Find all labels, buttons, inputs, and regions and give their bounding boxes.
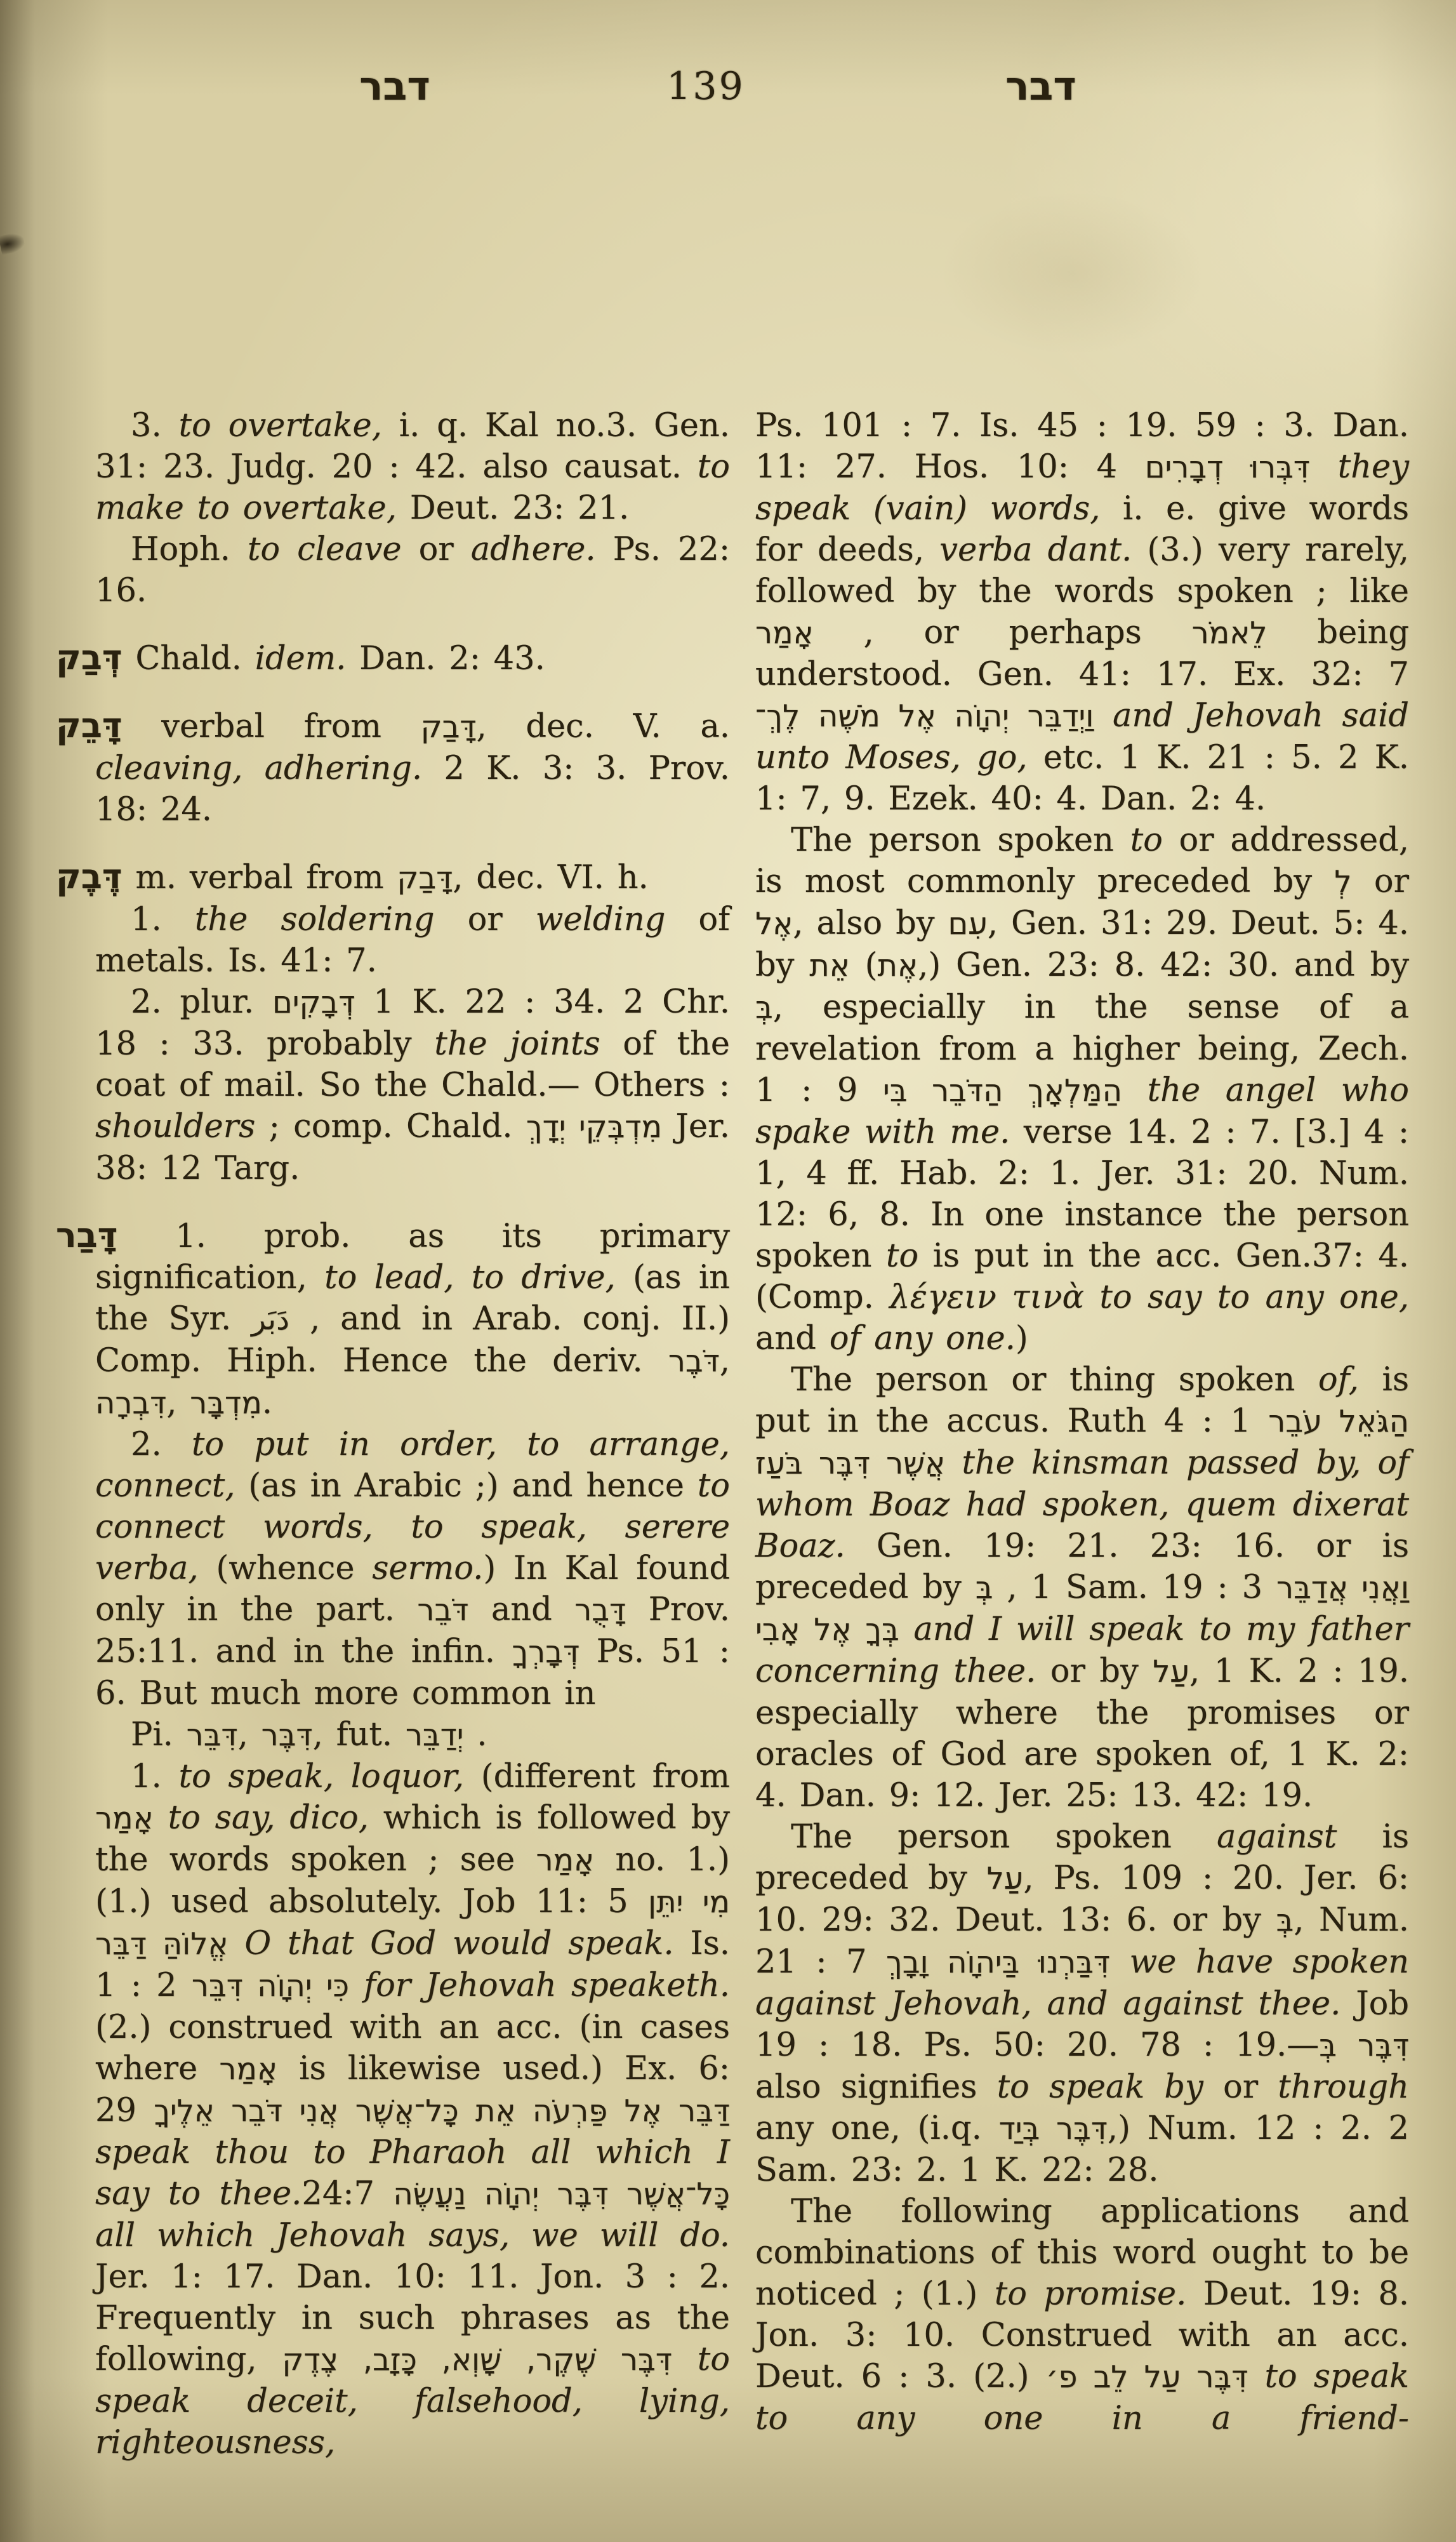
text-run: Chald. xyxy=(122,640,255,677)
text-run: or xyxy=(402,531,471,568)
hebrew-word: דִּבַּרְנוּ בַּיהוָֹה וָבָךְ xyxy=(886,1945,1110,1980)
hebrew-word: דַּבֵּר אֶל פַּרְעֹה אֵת כָּל־אֲשֶׁר אֲנ… xyxy=(154,2094,730,2129)
text-run: , or perhaps xyxy=(814,614,1192,651)
hebrew-word: דִּבֶּר בְּיַד xyxy=(999,2112,1108,2146)
hebrew-word: דִּבֶּר עַל לֵב פ׳ xyxy=(1046,2360,1248,2395)
text-run: , 1 Sam. 19 : 3 xyxy=(993,1569,1276,1606)
paragraph: 2. plur. דְּבָקִים 1 K. 22 : 34. 2 Chr. … xyxy=(95,982,730,1189)
text-run: Deut. 23: 21. xyxy=(397,489,629,527)
hebrew-word: דִּבְּרוּ דְבָרִים xyxy=(1145,450,1310,485)
text-run: ( xyxy=(850,947,878,984)
hebrew-word: עִם xyxy=(948,907,988,942)
hebrew-headword: דָּבַר xyxy=(56,1215,117,1255)
text-run: , dec. VI. h. xyxy=(453,859,648,896)
text-run: or by xyxy=(1036,1653,1153,1690)
hebrew-word: דִּבֶּר xyxy=(261,1718,313,1753)
paragraph: The person or thing spoken of, is put in… xyxy=(755,1359,1409,1816)
hebrew-headword: דָּבֵק xyxy=(56,705,122,745)
text-run xyxy=(1248,2358,1264,2395)
text-run: The person spoken xyxy=(791,1818,1217,1856)
paper-stain xyxy=(939,190,1206,356)
paragraph: 1. to speak, loquor, (different from אָמ… xyxy=(95,1756,730,2463)
text-run xyxy=(349,1967,364,2004)
text-run xyxy=(672,2341,698,2378)
hebrew-word: דִּבֶּר שֶׁקֶר, שָׁוְא, כָּזָב, צֶדֶק xyxy=(282,2343,672,2378)
text-run: also signifies xyxy=(755,2068,997,2106)
hebrew-word: מִדְבְּקֵי יְדָךְ xyxy=(526,1110,662,1145)
text-run: , dec. V. a. xyxy=(476,708,730,745)
italic-text-run: shoulders xyxy=(95,1108,255,1145)
italic-text-run: to lead, to drive, xyxy=(324,1259,616,1296)
text-run: or xyxy=(1203,2068,1278,2106)
italic-text-run: welding xyxy=(536,901,666,938)
greek-text: λέγειν τινὰ xyxy=(889,1279,1084,1316)
italic-text-run: to overtake, xyxy=(179,407,382,444)
hebrew-word: בְּ xyxy=(976,1571,993,1606)
hebrew-word: כִּי יְהוָֹה דִּבֵּר xyxy=(192,1969,349,2004)
text-run xyxy=(1094,697,1113,735)
italic-text-run: to say, dico, xyxy=(168,1799,369,1837)
paragraph: דְּבַק Chald. idem. Dan. 2: 43. xyxy=(95,637,730,679)
paragraph: דֶּבֶק m. verbal from דָּבַק, dec. VI. h… xyxy=(95,856,730,899)
italic-text-run: to xyxy=(1130,822,1163,859)
hebrew-word: דְּבָרְךָ xyxy=(512,1635,579,1670)
hebrew-word: דִּבֵּר xyxy=(187,1718,238,1753)
text-run: (whence xyxy=(199,1550,373,1587)
hebrew-word: עַל xyxy=(987,1861,1024,1896)
hebrew-word: אָמַר xyxy=(536,1843,594,1878)
text-run xyxy=(228,1925,245,1962)
text-run: , fut. xyxy=(313,1716,406,1753)
page-number: 139 xyxy=(649,61,763,112)
italic-text-run: the joints xyxy=(434,1025,600,1063)
text-run: ) xyxy=(1016,1320,1028,1357)
text-run xyxy=(1110,1943,1130,1981)
hebrew-headword: דֶּבֶק xyxy=(56,856,122,896)
text-run: , also by xyxy=(793,905,948,942)
hebrew-word: מִדְבָּר xyxy=(190,1386,262,1421)
text-run: or xyxy=(435,901,536,938)
text-run: The person spoken xyxy=(791,822,1130,859)
hebrew-word: עַל xyxy=(1153,1654,1189,1689)
hebrew-word: דִּבֶּר בְּ xyxy=(1319,2028,1409,2063)
text-run: Hoph. xyxy=(131,531,248,568)
hebrew-word: כָּל־אֲשֶׁר דִּבֶּר יְהוָֹה נַעֲשֶׂה xyxy=(393,2177,730,2212)
syriac-word: دَبَر xyxy=(251,1302,289,1337)
text-run: verbal from xyxy=(122,708,421,745)
text-run: ; comp. Chald. xyxy=(255,1108,526,1145)
hebrew-word: לְ xyxy=(1334,865,1351,900)
italic-text-run: to cleave xyxy=(248,531,402,568)
italic-text-run: to xyxy=(886,1237,918,1275)
italic-text-run: to speak, loquor, xyxy=(178,1758,463,1795)
text-run: (different from xyxy=(464,1758,730,1795)
paragraph: The person spoken to or addres­sed, is m… xyxy=(755,820,1409,1359)
scanned-book-page: דבר 139 דבר 3. to overtake, i. q. Kal no… xyxy=(0,0,1456,2542)
paragraph: 2. to put in order, to arrange, connect,… xyxy=(95,1424,730,1714)
text-run xyxy=(154,1799,168,1837)
text-run: 3. xyxy=(131,407,179,444)
hebrew-word: דְּבָקִים xyxy=(272,985,355,1020)
hebrew-word: אֶת xyxy=(878,948,918,983)
italic-text-run: to say to any one, xyxy=(1099,1279,1409,1316)
text-run: , xyxy=(238,1716,261,1753)
text-run: m. verbal from xyxy=(122,859,397,896)
hebrew-headword: דְּבַק xyxy=(56,637,122,677)
text-run: and xyxy=(755,1320,830,1357)
paragraph: Ps. 101 : 7. Is. 45 : 19. 59 : 3. Dan. 1… xyxy=(755,405,1409,820)
text-run: Pi. xyxy=(131,1716,187,1753)
hebrew-word: דָּבֻר xyxy=(574,1593,626,1628)
italic-text-run: for Jehovah speaketh. xyxy=(364,1967,730,2004)
text-run: , xyxy=(720,1342,730,1380)
hebrew-word: אֶל xyxy=(755,907,793,942)
italic-text-run: cleaving, adhering. xyxy=(95,750,422,787)
text-run xyxy=(945,1444,962,1482)
italic-text-run: against xyxy=(1217,1818,1337,1856)
text-run xyxy=(1084,1279,1099,1316)
italic-text-run: sermo. xyxy=(372,1550,483,1587)
italic-text-run: O that God would speak. xyxy=(244,1925,673,1962)
paragraph: דָּבַר 1. prob. as its primary significa… xyxy=(95,1214,730,1424)
hebrew-word: דָּבַק xyxy=(421,710,477,745)
ink-smudge xyxy=(0,231,26,255)
italic-text-run: verba dant. xyxy=(939,531,1132,569)
text-run: . xyxy=(262,1384,272,1421)
italic-text-run: to promise. xyxy=(995,2275,1187,2313)
text-run: any one, (i.q. xyxy=(755,2110,999,2147)
text-run: . xyxy=(463,1716,487,1753)
text-run: 1. xyxy=(131,1758,178,1795)
paragraph: Pi. דִּבֵּר, דִּבֶּר, fut. יְדַבֵּר . xyxy=(95,1714,730,1756)
paragraph: דָּבֵק verbal from דָּבַק, dec. V. a. cl… xyxy=(95,705,730,830)
text-run: 1. xyxy=(131,901,195,938)
text-run: The person or thing spoken xyxy=(791,1361,1318,1399)
text-run xyxy=(899,1611,914,1648)
hebrew-word: בְּ xyxy=(1276,1903,1294,1938)
paragraph: 1. the soldering or welding of metals. I… xyxy=(95,899,730,982)
text-run: or xyxy=(1352,863,1409,900)
hebrew-word: דֹּבֶר xyxy=(668,1344,720,1379)
hebrew-word: בְּ xyxy=(755,990,773,1025)
text-run: , xyxy=(166,1384,190,1421)
paragraph: 3. to overtake, i. q. Kal no.3. Gen. 31:… xyxy=(95,405,730,529)
text-run: 2. plur. xyxy=(131,983,272,1021)
hebrew-word: אָמַר xyxy=(95,1801,154,1836)
right-column: Ps. 101 : 7. Is. 45 : 19. 59 : 3. Dan. 1… xyxy=(755,405,1409,2439)
italic-text-run: the soldering xyxy=(195,901,435,938)
hebrew-word: יְדַבֵּר xyxy=(406,1718,464,1753)
italic-text-run: all which Jehovah says, we will do. xyxy=(95,2217,730,2254)
text-run: (as in Arabic ;) and hence xyxy=(235,1467,697,1505)
hebrew-word: לֵאמֹר xyxy=(1192,616,1267,651)
paragraph: The following applications and combinati… xyxy=(755,2191,1409,2439)
header-catchword-left: דבר xyxy=(331,61,458,112)
text-run: and xyxy=(468,1591,574,1628)
hebrew-word: הַמַּלְאָךְ הַדֹּבֵר בִּי xyxy=(883,1074,1122,1108)
left-column: 3. to overtake, i. q. Kal no.3. Gen. 31:… xyxy=(95,405,730,2463)
italic-text-run: through xyxy=(1278,2068,1409,2106)
text-run: ,) Gen. 23: 8. 42: 30. and by xyxy=(918,947,1409,984)
hebrew-word: אֵת xyxy=(809,948,850,983)
text-run: Dan. 2: 43. xyxy=(346,640,545,677)
italic-text-run: idem. xyxy=(255,640,347,677)
text-run xyxy=(1310,448,1338,486)
hebrew-word: דִּבְרָה xyxy=(95,1386,166,1421)
italic-text-run: of, xyxy=(1318,1361,1359,1399)
italic-text-run: to speak by xyxy=(997,2068,1203,2106)
italic-text-run: adhere. xyxy=(471,531,596,568)
hebrew-word: וַיְדַבֵּר יְהוָֹה אֶל מֹשֶׁה לֶךְ־ xyxy=(755,699,1094,734)
hebrew-word: דָּבַק xyxy=(397,861,453,896)
paragraph: The person spoken against is preceded by… xyxy=(755,1816,1409,2191)
paragraph: Hoph. to cleave or adhere. Ps. 22: 16. xyxy=(95,529,730,611)
text-run xyxy=(1122,1072,1148,1109)
text-run: 24:7 xyxy=(301,2175,393,2213)
page-header: דבר 139 דבר xyxy=(0,61,1456,118)
header-catchword-right: דבר xyxy=(977,61,1104,112)
hebrew-word: אָמַר xyxy=(755,616,814,651)
italic-text-run: of any one. xyxy=(830,1320,1016,1357)
text-run: 2. xyxy=(131,1426,192,1463)
hebrew-word: אָמַר xyxy=(219,2052,277,2087)
hebrew-word: דֹּבֵר xyxy=(417,1593,468,1628)
